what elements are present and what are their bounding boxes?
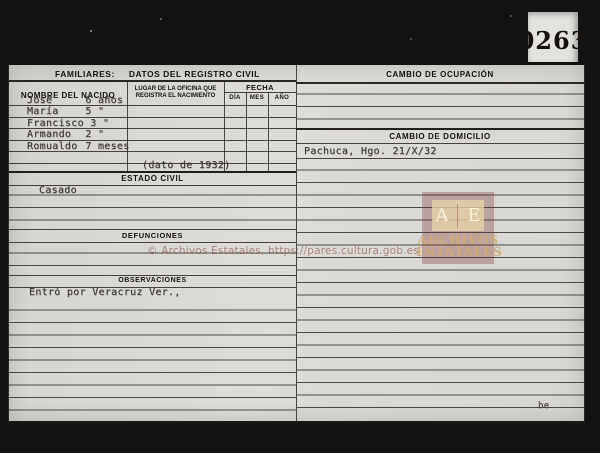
familiares-label: FAMILIARES:	[55, 69, 115, 79]
child-age: 5 "	[85, 106, 104, 117]
logo-initial-e: E	[467, 205, 480, 226]
logo-initials-box: A E	[432, 200, 484, 231]
cambio-ocupacion-label: CAMBIO DE OCUPACIÓN	[296, 70, 584, 79]
table-row: María 5 "	[27, 106, 217, 117]
child-name: José	[27, 95, 79, 106]
estado-civil-label: ESTADO CIVIL	[9, 174, 296, 183]
child-name: Romualdo	[27, 141, 79, 152]
cambio-domicilio-header: CAMBIO DE DOMICILIO	[296, 131, 584, 144]
logo-initial-a: A	[435, 205, 448, 226]
table-row: José 6 años	[27, 95, 217, 106]
child-name: Armando	[27, 129, 79, 140]
column-header-ano: AÑO	[268, 95, 296, 101]
column-divider	[268, 92, 269, 171]
scanned-page-background: 0263 FAMILIARES: DATOS DEL REGISTRO CIVI…	[0, 0, 600, 453]
child-age: 2 "	[85, 129, 104, 140]
child-name: María	[27, 106, 79, 117]
observaciones-label: OBSERVACIONES	[9, 277, 296, 284]
child-name: Francisco	[27, 118, 84, 129]
column-header-mes: MES	[246, 95, 268, 101]
catalog-number-tab: 0263	[528, 12, 578, 65]
fecha-underline	[224, 92, 296, 93]
ruled-lines	[297, 82, 584, 128]
familiares-header: FAMILIARES: DATOS DEL REGISTRO CIVIL	[9, 68, 296, 82]
ruled-lines	[9, 298, 296, 421]
table-row: Romualdo 7 meses	[27, 141, 217, 152]
column-header-dia: DÍA	[224, 95, 246, 101]
logo-caption: ARCHIVOS ESTATALES	[416, 234, 500, 258]
scan-noise	[90, 30, 92, 32]
cambio-domicilio-label: CAMBIO DE DOMICILIO	[296, 132, 584, 141]
lugar-header-line1: LUGAR DE LA OFICINA QUE	[128, 86, 223, 93]
child-age: 7 meses	[85, 141, 129, 152]
date-note: (dato de 1932)	[142, 160, 231, 171]
cambio-domicilio-value: Pachuca, Hgo. 21/X/32	[304, 146, 437, 157]
column-header-fecha: FECHA	[224, 83, 296, 92]
logo-divider	[457, 204, 458, 228]
observaciones-value: Entró por Veracruz Ver.,	[29, 287, 181, 298]
child-age: 6 años	[85, 95, 123, 106]
catalog-number: 0263	[518, 26, 589, 55]
defunciones-label: DEFUNCIONES	[9, 231, 296, 240]
section-separator	[296, 128, 584, 130]
logo-caption-line2: ESTATALES	[416, 246, 500, 258]
registro-civil-table: FECHA DÍA MES AÑO NOMBRE DEL NACIDO LUGA…	[9, 82, 296, 171]
corner-annotation: be	[538, 401, 549, 411]
registro-civil-title: DATOS DEL REGISTRO CIVIL	[129, 69, 260, 79]
table-row: Armando 2 "	[27, 129, 217, 140]
column-divider	[246, 92, 247, 171]
archivos-estatales-logo: A E ARCHIVOS ESTATALES	[422, 192, 494, 264]
table-row: Francisco 3 "	[27, 118, 217, 129]
child-age: 3 "	[90, 118, 109, 129]
copyright-watermark: © Archivos Estatales, https://pares.cult…	[147, 245, 419, 257]
ruled-lines	[9, 183, 296, 229]
